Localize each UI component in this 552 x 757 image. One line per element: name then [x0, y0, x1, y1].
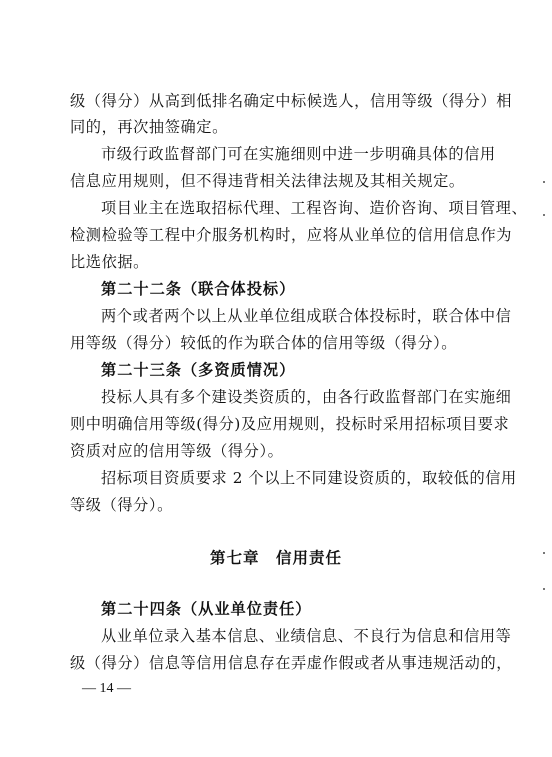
- body-line: 资质对应的信用等级（得分）。: [70, 442, 486, 460]
- article-22-heading: 第二十二条（联合体投标）: [101, 280, 486, 298]
- scan-artifact: [543, 552, 545, 554]
- body-line: 等级（得分）。: [70, 496, 486, 514]
- article-24-heading: 第二十四条（从业单位责任）: [101, 600, 486, 618]
- page-number: — 14 —: [82, 681, 131, 697]
- scan-artifact: [543, 214, 545, 216]
- scan-artifact: [543, 181, 545, 183]
- body-line: 级（得分）从高到低排名确定中标候选人，信用等级（得分）相: [70, 92, 486, 110]
- body-line: 投标人具有多个建设类资质的，由各行政监督部门在实施细: [101, 388, 486, 406]
- body-line: 市级行政监督部门可在实施细则中进一步明确具体的信用: [101, 145, 486, 163]
- article-23-heading: 第二十三条（多资质情况）: [101, 361, 486, 379]
- chapter-heading: 第七章 信用责任: [0, 546, 552, 568]
- body-line: 招标项目资质要求 2 个以上不同建设资质的，取较低的信用: [101, 469, 486, 487]
- body-line: 同的，再次抽签确定。: [70, 118, 486, 136]
- body-line: 级（得分）信息等信用信息存在弄虚作假或者从事违规活动的，: [70, 654, 486, 672]
- body-line: 项目业主在选取招标代理、工程咨询、造价咨询、项目管理、: [101, 199, 486, 217]
- body-line: 检测检验等工程中介服务机构时，应将从业单位的信用信息作为: [70, 226, 486, 244]
- scan-artifact: [543, 588, 545, 590]
- body-line: 信息应用规则，但不得违背相关法律法规及其相关规定。: [70, 172, 486, 190]
- body-line: 则中明确信用等级(得分)及应用规则，投标时采用招标项目要求: [70, 415, 486, 433]
- body-line: 从业单位录入基本信息、业绩信息、不良行为信息和信用等: [101, 627, 486, 645]
- body-line: 用等级（得分）较低的作为联合体的信用等级（得分）。: [70, 334, 486, 352]
- document-page: 级（得分）从高到低排名确定中标候选人，信用等级（得分）相 同的，再次抽签确定。 …: [0, 0, 552, 757]
- body-line: 比选依据。: [70, 253, 486, 271]
- body-line: 两个或者两个以上从业单位组成联合体投标时，联合体中信: [101, 307, 486, 325]
